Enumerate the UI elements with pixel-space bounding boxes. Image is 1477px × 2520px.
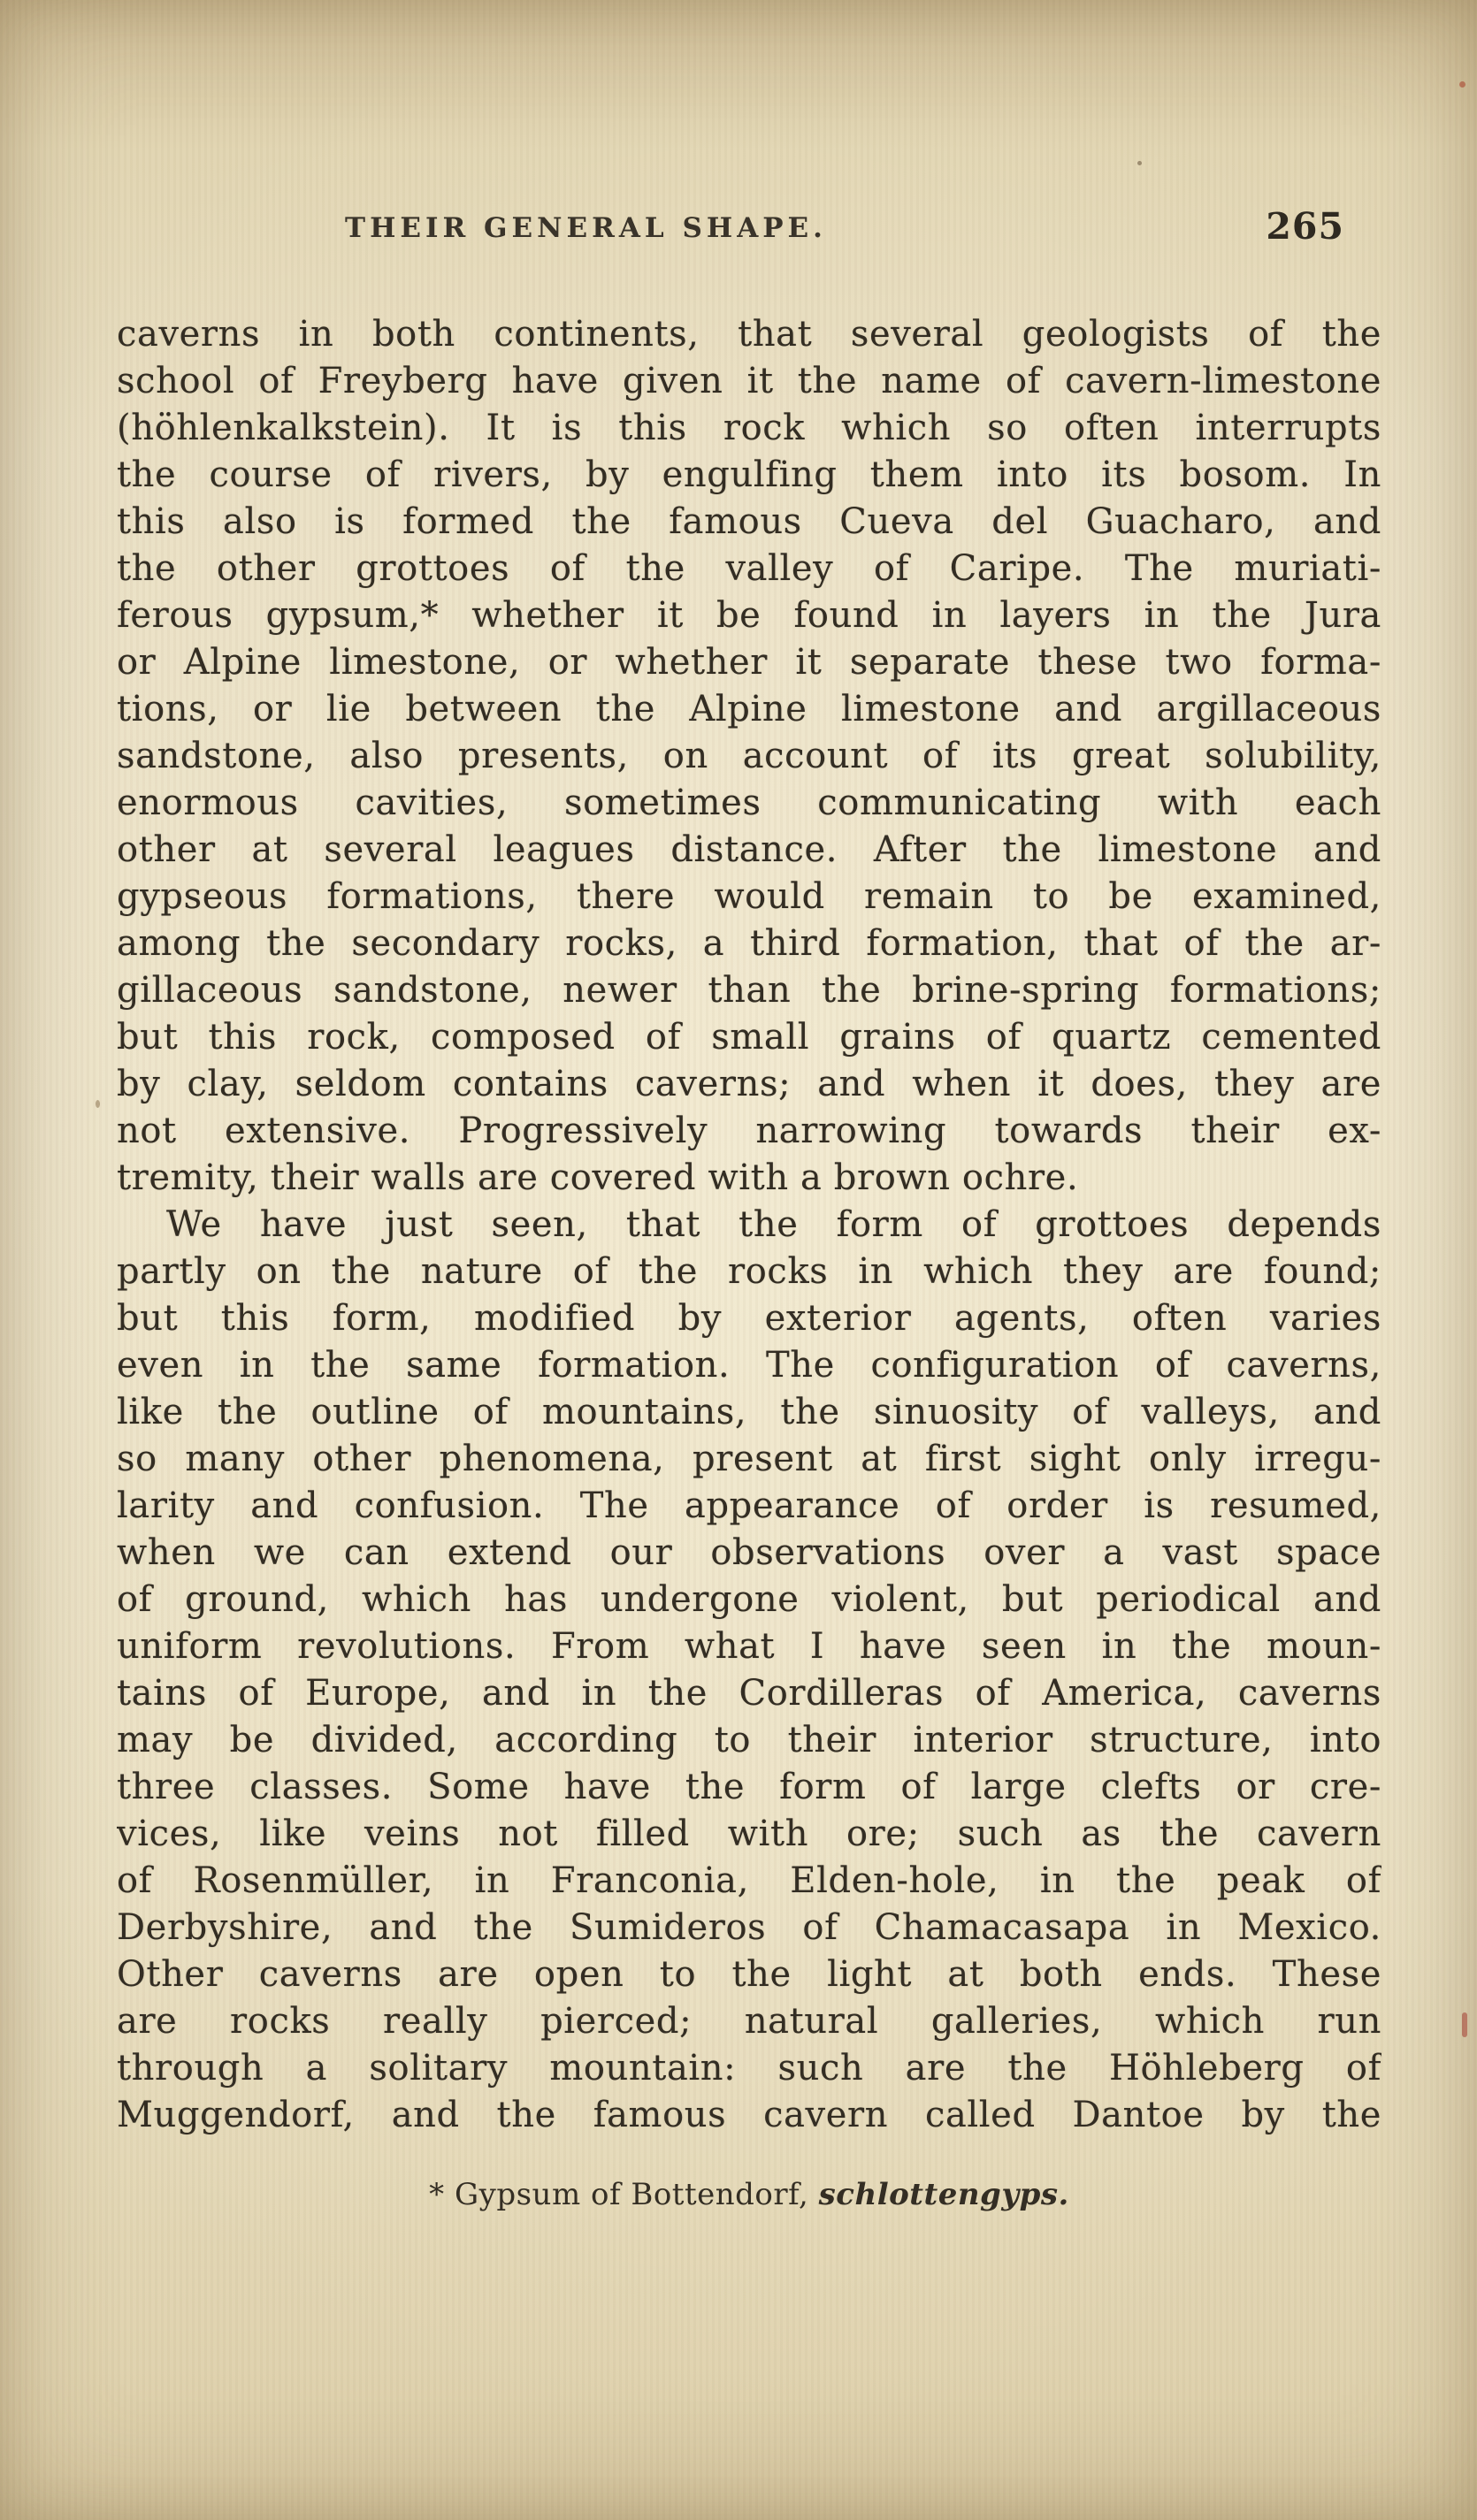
- text-line: or Alpine limestone, or whether it separ…: [117, 639, 1381, 686]
- footnote-term: schlottengyps.: [819, 2177, 1069, 2212]
- text-line: sandstone, also presents, on account of …: [117, 733, 1381, 780]
- text-line: larity and confusion. The appearance of …: [117, 1483, 1381, 1530]
- text-line: (höhlenkalkstein). It is this rock which…: [117, 405, 1381, 452]
- scan-speck: [1462, 2012, 1467, 2037]
- text-line: tremity, their walls are covered with a …: [117, 1155, 1381, 1202]
- footnote-text: * Gypsum of Bottendorf,: [429, 2177, 818, 2212]
- text-line: like the outline of mountains, the sinuo…: [117, 1389, 1381, 1436]
- text-line: are rocks really pierced; natural galler…: [117, 1998, 1381, 2045]
- paragraph: caverns in both continents, that several…: [117, 311, 1381, 1202]
- text-line: may be divided, according to their inter…: [117, 1717, 1381, 1764]
- text-line: We have just seen, that the form of grot…: [117, 1202, 1381, 1249]
- text-line: of ground, which has undergone violent, …: [117, 1577, 1381, 1623]
- text-line: the other grottoes of the valley of Cari…: [117, 546, 1381, 592]
- page-number: 265: [1266, 205, 1344, 248]
- text-line: but this rock, composed of small grains …: [117, 1014, 1381, 1061]
- text-line: when we can extend our observations over…: [117, 1530, 1381, 1577]
- text-line: this also is formed the famous Cueva del…: [117, 499, 1381, 546]
- scan-speck: [1459, 81, 1466, 88]
- text-line: enormous cavities, sometimes communicati…: [117, 780, 1381, 827]
- text-line: Other caverns are open to the light at b…: [117, 1951, 1381, 1998]
- text-line: even in the same formation. The configur…: [117, 1342, 1381, 1389]
- text-line: gypseous formations, there would remain …: [117, 874, 1381, 920]
- text-line: tains of Europe, and in the Cordilleras …: [117, 1670, 1381, 1717]
- text-line: not extensive. Progressively narrowing t…: [117, 1108, 1381, 1155]
- text-line: gillaceous sandstone, newer than the bri…: [117, 967, 1381, 1014]
- text-line: the course of rivers, by engulfing them …: [117, 452, 1381, 499]
- text-line: other at several leagues distance. After…: [117, 827, 1381, 874]
- book-page: THEIR GENERAL SHAPE. 265 caverns in both…: [0, 0, 1477, 2520]
- text-line: Muggendorf, and the famous cavern called…: [117, 2092, 1381, 2139]
- paragraph: We have just seen, that the form of grot…: [117, 1202, 1381, 2139]
- running-title: THEIR GENERAL SHAPE.: [345, 212, 827, 244]
- scan-speck: [1137, 161, 1142, 165]
- text-line: Derbyshire, and the Sumideros of Chamaca…: [117, 1905, 1381, 1951]
- text-line: vices, like veins not filled with ore; s…: [117, 1811, 1381, 1858]
- text-line: of Rosenmüller, in Franconia, Elden-hole…: [117, 1858, 1381, 1905]
- text-line: through a solitary mountain: such are th…: [117, 2045, 1381, 2092]
- body-text: caverns in both continents, that several…: [117, 311, 1381, 2139]
- text-line: tions, or lie between the Alpine limesto…: [117, 686, 1381, 733]
- text-line: uniform revolutions. From what I have se…: [117, 1623, 1381, 1670]
- page-header: THEIR GENERAL SHAPE. 265: [117, 205, 1380, 249]
- footnote: * Gypsum of Bottendorf, schlottengyps.: [117, 2177, 1381, 2212]
- text-line: by clay, seldom contains caverns; and wh…: [117, 1061, 1381, 1108]
- scan-speck: [96, 1100, 100, 1108]
- text-line: school of Freyberg have given it the nam…: [117, 358, 1381, 405]
- text-line: caverns in both continents, that several…: [117, 311, 1381, 358]
- text-line: so many other phenomena, present at firs…: [117, 1436, 1381, 1483]
- text-line: ferous gypsum,* whether it be found in l…: [117, 592, 1381, 639]
- text-line: but this form, modified by exterior agen…: [117, 1295, 1381, 1342]
- text-line: among the secondary rocks, a third forma…: [117, 920, 1381, 967]
- text-line: partly on the nature of the rocks in whi…: [117, 1249, 1381, 1295]
- text-line: three classes. Some have the form of lar…: [117, 1764, 1381, 1811]
